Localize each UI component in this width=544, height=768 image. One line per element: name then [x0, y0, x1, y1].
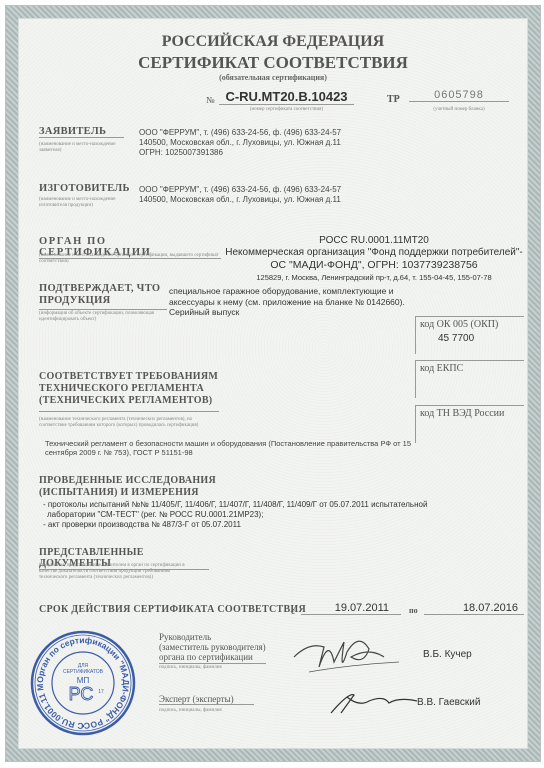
manufacturer-details: ООО "ФЕРРУМ", т. (496) 633-24-56, ф. (49…: [139, 185, 519, 205]
cert-body-name-2: ОС "МАДИ-ФОНД", ОГРН: 1037739238756: [214, 259, 534, 272]
head-name: В.Б. Кучер: [423, 649, 472, 660]
tnved-code-box: код ТН ВЭД России: [415, 405, 524, 443]
certificate-body: РОССИЙСКАЯ ФЕДЕРАЦИЯ СЕРТИФИКАТ СООТВЕТС…: [18, 18, 528, 749]
head-label: Руководитель (заместитель руководителя) …: [159, 632, 266, 664]
regulation-details: Технический регламент о безопасности маш…: [45, 439, 445, 457]
expert-caption: подпись, инициалы, фамилия: [159, 708, 222, 714]
validity-from-word: с: [291, 606, 295, 616]
product-label: ПОДТВЕРЖДАЕТ, ЧТО ПРОДУКЦИЯ: [39, 283, 160, 307]
certificate-number-caption: (номер сертификата соответствия): [219, 107, 354, 113]
product-caption: (информация об объекте сертификации, поз…: [39, 309, 167, 323]
applicant-caption: (наименование и место-нахождение заявите…: [39, 142, 124, 154]
cert-body-name: Некоммерческая организация "Фонд поддерж…: [214, 247, 534, 259]
manufacturer-label: ИЗГОТОВИТЕЛЬ: [39, 183, 130, 194]
head-signature: [289, 627, 409, 687]
validity-to-date: 18.07.2016: [424, 602, 524, 615]
validity-to-word: по: [409, 606, 418, 615]
cert-body-address: 125829, г. Москва, Ленинградский пр-т, д…: [214, 272, 534, 283]
blank-number-caption: (учетный номер бланка): [409, 107, 509, 113]
documents-caption: (документы, представленные заявителем в …: [39, 563, 194, 581]
tests-details: - протоколы испытаний №№ 11/405/Г, 11/40…: [43, 500, 523, 530]
tests-label: ПРОВЕДЕННЫЕ ИССЛЕДОВАНИЯ (ИСПЫТАНИЯ) И И…: [39, 475, 216, 499]
blank-number: 0605798: [409, 89, 509, 102]
tnved-code-label: код ТН ВЭД России: [420, 408, 524, 419]
expert-name: В.В. Гаевский: [417, 697, 480, 708]
svg-text:17: 17: [98, 689, 104, 695]
manufacturer-caption: (наименование и место-нахождение изготов…: [39, 197, 124, 209]
document-subtitle: (обязательная сертификация): [19, 73, 527, 82]
applicant-label: ЗАЯВИТЕЛЬ: [39, 126, 124, 138]
product-details: специальное гаражное оборудование, компл…: [169, 286, 469, 318]
official-stamp: Орган по сертификации "МАДИ-ФОНД" РОСС R…: [29, 629, 137, 737]
ekps-code-label: код ЕКПС: [420, 363, 524, 374]
head-caption: подпись, инициалы, фамилия: [159, 665, 222, 671]
expert-signature: [329, 687, 419, 717]
validity-label: СРОК ДЕЙСТВИЯ СЕРТИФИКАТА СООТВЕТСТВИЯ: [39, 604, 306, 615]
number-prefix: №: [206, 95, 215, 105]
cert-body-details: РОСС RU.0001.11МТ20 Некоммерческая орган…: [214, 235, 534, 283]
svg-text:СЕРТИФИКАТОВ: СЕРТИФИКАТОВ: [63, 669, 104, 675]
regulation-caption: (наименование технического регламента (т…: [39, 417, 209, 429]
certificate-border: РОССИЙСКАЯ ФЕДЕРАЦИЯ СЕРТИФИКАТ СООТВЕТС…: [5, 5, 541, 762]
okp-code-label: код ОК 005 (ОКП): [420, 319, 524, 330]
certificate-number: C-RU.MT20.B.10423: [219, 89, 354, 105]
tr-label: ТР: [387, 94, 400, 105]
ekps-code-box: код ЕКПС: [415, 360, 524, 398]
cert-body-caption: (наименование и местонахождение органа п…: [39, 253, 221, 265]
regulation-label: СООТВЕТСТВУЕТ ТРЕБОВАНИЯМ ТЕХНИЧЕСКОГО Р…: [39, 371, 219, 412]
validity-from-date: 19.07.2011: [301, 602, 401, 615]
stamp-icon: Орган по сертификации "МАДИ-ФОНД" РОСС R…: [29, 629, 137, 737]
applicant-details: ООО "ФЕРРУМ", т. (496) 633-24-56, ф. (49…: [139, 128, 519, 158]
okp-code-value: 45 7700: [438, 333, 524, 344]
cert-body-reg: РОСС RU.0001.11МТ20: [214, 235, 534, 247]
country-title: РОССИЙСКАЯ ФЕДЕРАЦИЯ: [19, 33, 527, 51]
expert-label: Эксперт (эксперты): [159, 694, 254, 705]
okp-code-box: код ОК 005 (ОКП) 45 7700: [415, 316, 524, 354]
svg-text:РС: РС: [69, 684, 94, 704]
document-title: СЕРТИФИКАТ СООТВЕТСТВИЯ: [19, 53, 527, 73]
